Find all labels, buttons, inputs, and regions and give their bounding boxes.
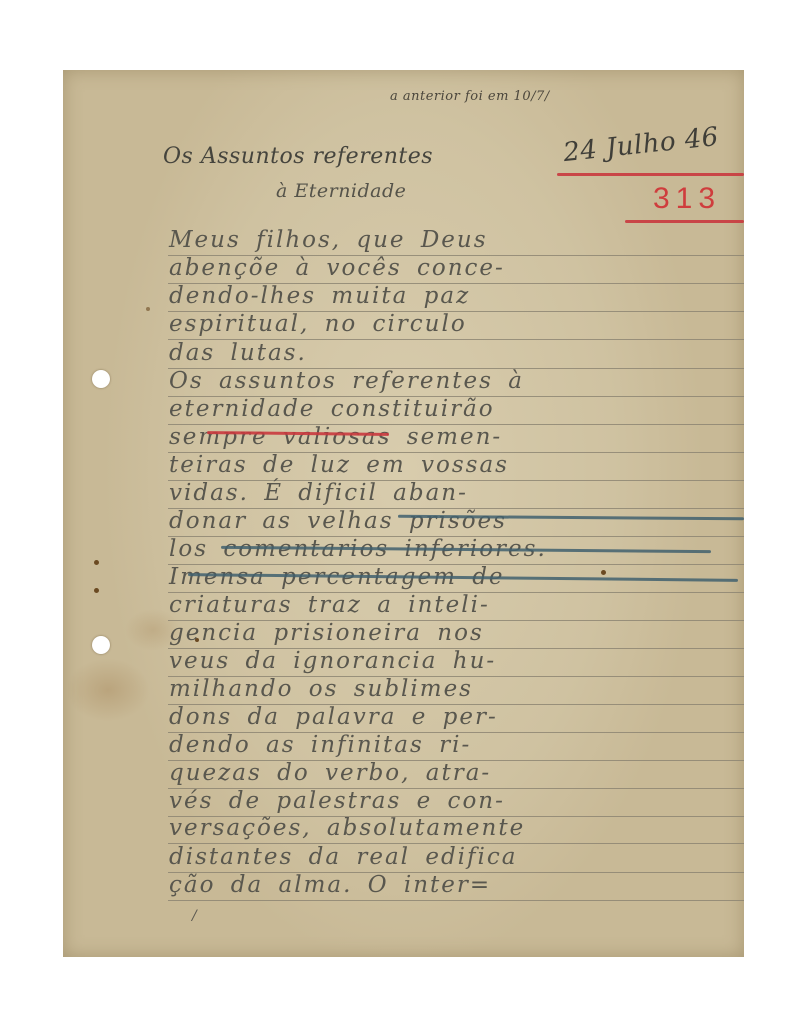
body-line-11: donar as velhas prisões [169,508,734,534]
manuscript-page: a anterior foi em 10/7/ Os Assuntos refe… [63,70,744,957]
body-line-16: veus da ignorancia hu- [169,648,734,674]
page-number: 313 [653,182,721,216]
body-line-17: milhando os sublimes [169,676,734,702]
body-line-5: das lutas. [169,340,734,366]
body-line-14: criaturas traz a inteli- [169,592,734,618]
body-line-21: vés de palestras e con- [169,788,734,814]
punch-hole-top [92,370,110,388]
page-number-red-underline [625,220,744,223]
body-line-9: teiras de luz em vossas [169,452,734,478]
body-line-10: vidas. É dificil aban- [169,480,734,506]
date-red-underline [557,173,744,176]
title-line-1: Os Assuntos referentes [163,144,433,169]
ink-speck [94,588,99,593]
body-line-6: Os assuntos referentes à [169,368,734,394]
body-line-19: dendo as infinitas ri- [169,732,734,758]
ruled-line [168,900,744,901]
top-note: a anterior foi em 10/7/ [390,89,550,104]
body-line-4: espiritual, no circulo [169,311,734,337]
body-line-15: gencia prisioneira nos [169,620,734,646]
margin-mark: / [192,908,197,924]
date: 24 Julho 46 [562,122,720,168]
body-line-24: ção da alma. O inter= [169,872,734,898]
body-line-18: dons da palavra e per- [169,704,734,730]
body-line-23: distantes da real edifica [169,844,734,870]
body-line-22: versações, absolutamente [169,815,734,841]
ink-speck [146,307,150,311]
body-line-7: eternidade constituirão [169,396,734,422]
ink-speck [94,560,99,565]
title-line-2: à Eternidade [276,180,406,202]
body-line-2: abençõe à vocês conce- [169,255,734,281]
body-line-1: Meus filhos, que Deus [169,227,734,253]
body-line-3: dendo-lhes muita paz [169,283,734,309]
body-line-8: sempre valiosas semen- [169,424,734,450]
body-line-20: quezas do verbo, atra- [169,760,734,786]
punch-hole-bottom [92,636,110,654]
